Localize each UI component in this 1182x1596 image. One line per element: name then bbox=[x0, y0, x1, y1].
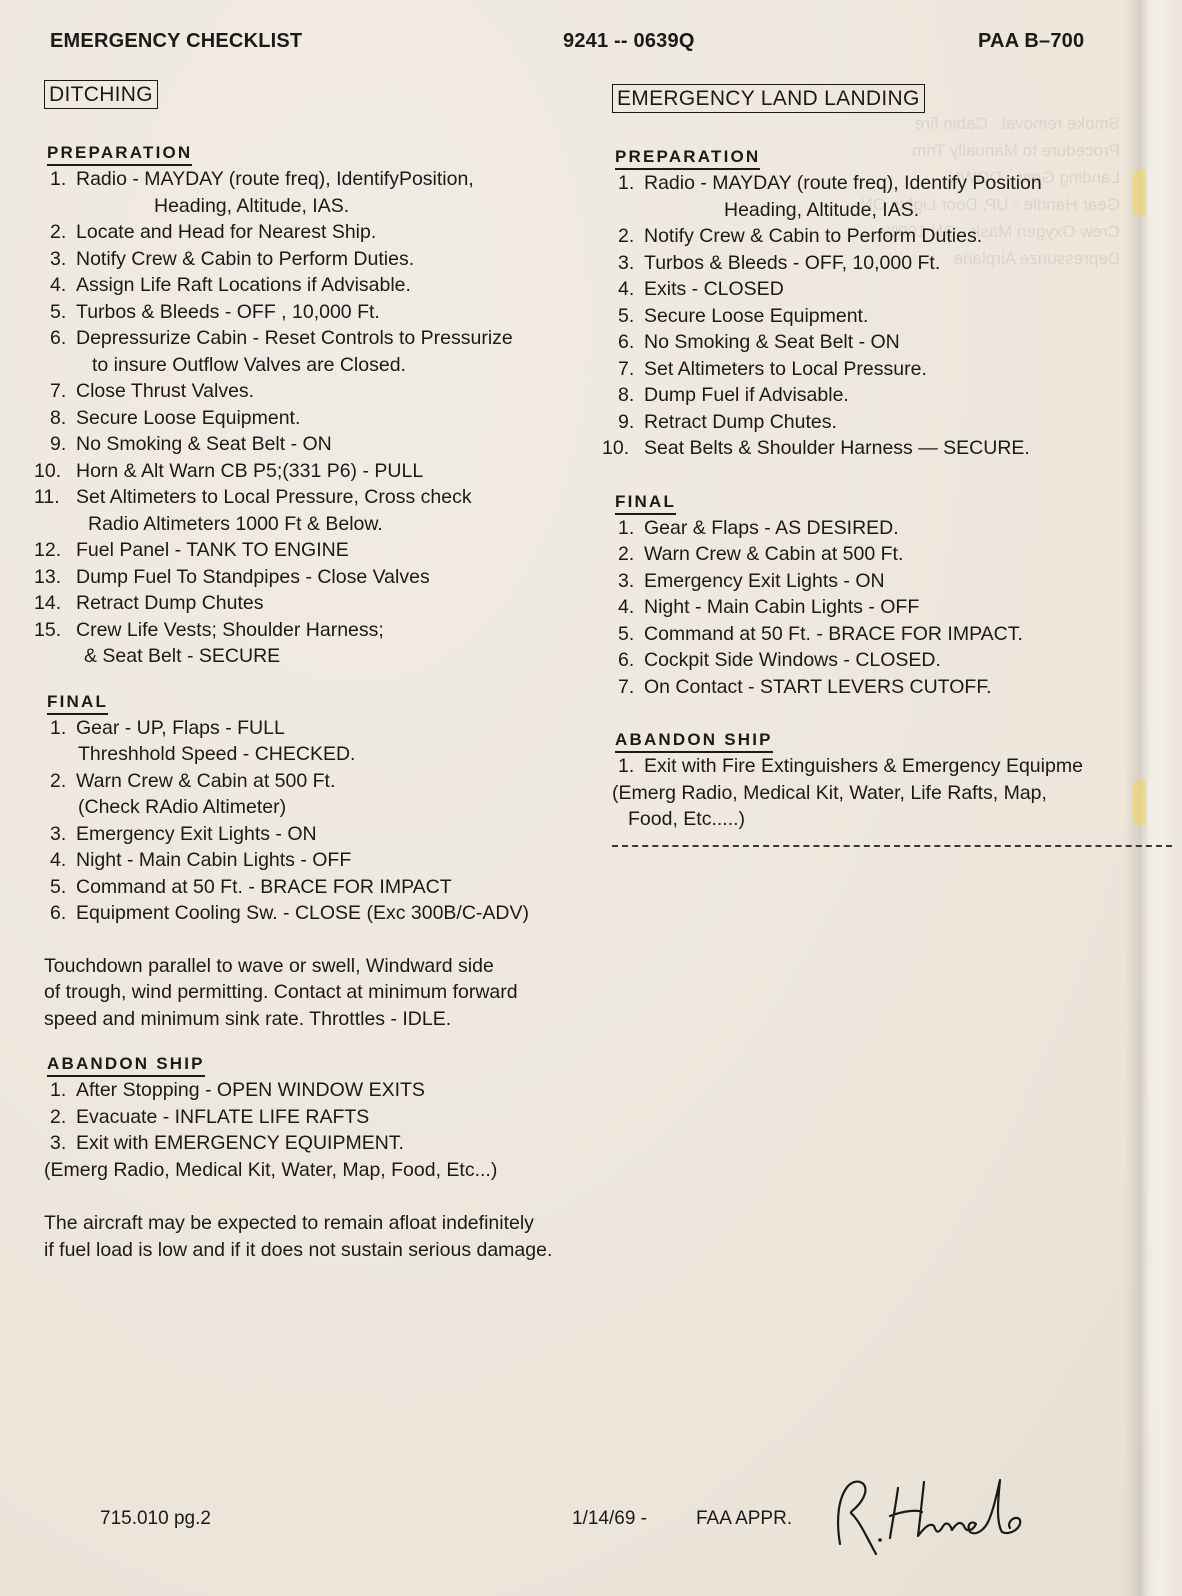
step-text: Warn Crew & Cabin at 500 Ft. bbox=[644, 543, 903, 565]
step-text: Set Altimeters to Local Pressure, Cross … bbox=[76, 486, 472, 508]
step-text: Notify Crew & Cabin to Perform Duties. bbox=[644, 225, 982, 247]
step-text: Exit with Fire Extinguishers & Emergency… bbox=[644, 755, 1083, 777]
step-number: 15. bbox=[34, 617, 74, 644]
checklist-step: 6.Equipment Cooling Sw. - CLOSE (Exc 300… bbox=[44, 900, 624, 927]
step-text: Radio - MAYDAY (route freq), Identify Po… bbox=[644, 172, 1042, 194]
ditching-final-list: 1.Gear - UP, Flaps - FULLThreshhold Spee… bbox=[44, 715, 624, 927]
step-text: Gear - UP, Flaps - FULL bbox=[76, 717, 285, 739]
ditching-preparation-heading: PREPARATION bbox=[47, 143, 192, 166]
checklist-step: 5.Secure Loose Equipment. bbox=[612, 303, 1152, 330]
step-number: 7. bbox=[618, 356, 642, 383]
step-text: Exits - CLOSED bbox=[644, 278, 784, 300]
step-number: 3. bbox=[618, 250, 642, 277]
step-text: Radio - MAYDAY (route freq), IdentifyPos… bbox=[76, 168, 474, 190]
step-number: 1. bbox=[50, 166, 74, 193]
checklist-step: 3.Notify Crew & Cabin to Perform Duties. bbox=[44, 246, 624, 273]
step-number: 2. bbox=[618, 541, 642, 568]
step-number: 1. bbox=[50, 1077, 74, 1104]
step-number: 6. bbox=[618, 329, 642, 356]
approval-date: 1/14/69 - bbox=[572, 1508, 647, 1530]
checklist-step: 5.Turbos & Bleeds - OFF , 10,000 Ft. bbox=[44, 299, 624, 326]
step-number: 5. bbox=[50, 874, 74, 901]
ditching-abandon-ship-list: 1.After Stopping - OPEN WINDOW EXITS2.Ev… bbox=[44, 1077, 624, 1157]
step-number: 2. bbox=[50, 219, 74, 246]
checklist-step: 13.Dump Fuel To Standpipes - Close Valve… bbox=[44, 564, 624, 591]
step-text: Night - Main Cabin Lights - OFF bbox=[644, 596, 919, 618]
step-number: 2. bbox=[618, 223, 642, 250]
checklist-step: 4.Assign Life Raft Locations if Advisabl… bbox=[44, 272, 624, 299]
checklist-step: 3.Emergency Exit Lights - ON bbox=[612, 568, 1152, 595]
checklist-step: 6.Cockpit Side Windows - CLOSED. bbox=[612, 647, 1152, 674]
step-number: 4. bbox=[618, 276, 642, 303]
step-number: 12. bbox=[34, 537, 74, 564]
checklist-step: 3.Turbos & Bleeds - OFF, 10,000 Ft. bbox=[612, 250, 1152, 277]
checklist-step: 6.No Smoking & Seat Belt - ON bbox=[612, 329, 1152, 356]
step-number: 3. bbox=[50, 821, 74, 848]
step-continuation: to insure Outflow Valves are Closed. bbox=[44, 352, 624, 379]
step-text: Retract Dump Chutes bbox=[76, 592, 264, 614]
step-number: 5. bbox=[50, 299, 74, 326]
step-text: Turbos & Bleeds - OFF, 10,000 Ft. bbox=[644, 252, 940, 274]
step-continuation: & Seat Belt - SECURE bbox=[44, 643, 624, 670]
ditching-preparation-list: 1.Radio - MAYDAY (route freq), IdentifyP… bbox=[44, 166, 624, 670]
land-abandon-ship-list: 1.Exit with Fire Extinguishers & Emergen… bbox=[612, 753, 1152, 780]
checklist-step: 2.Notify Crew & Cabin to Perform Duties. bbox=[612, 223, 1152, 250]
step-number: 13. bbox=[34, 564, 74, 591]
step-text: No Smoking & Seat Belt - ON bbox=[76, 433, 332, 455]
checklist-step: 14.Retract Dump Chutes bbox=[44, 590, 624, 617]
faa-approval-label: FAA APPR. bbox=[696, 1508, 792, 1530]
checklist-step: 10.Horn & Alt Warn CB P5;(331 P6) - PULL bbox=[44, 458, 624, 485]
step-number: 7. bbox=[618, 674, 642, 701]
checklist-step: 8.Dump Fuel if Advisable. bbox=[612, 382, 1152, 409]
step-text: Emergency Exit Lights - ON bbox=[76, 823, 317, 845]
step-number: 6. bbox=[50, 900, 74, 927]
step-continuation: Threshhold Speed - CHECKED. bbox=[44, 741, 624, 768]
step-number: 9. bbox=[618, 409, 642, 436]
step-text: Assign Life Raft Locations if Advisable. bbox=[76, 274, 411, 296]
checklist-step: 5.Command at 50 Ft. - BRACE FOR IMPACT. bbox=[612, 621, 1152, 648]
step-number: 2. bbox=[50, 768, 74, 795]
step-text: After Stopping - OPEN WINDOW EXITS bbox=[76, 1079, 425, 1101]
checklist-step: 9.Retract Dump Chutes. bbox=[612, 409, 1152, 436]
step-number: 3. bbox=[618, 568, 642, 595]
step-text: Dump Fuel To Standpipes - Close Valves bbox=[76, 566, 430, 588]
step-number: 2. bbox=[50, 1104, 74, 1131]
step-number: 4. bbox=[50, 272, 74, 299]
checklist-step: 11.Set Altimeters to Local Pressure, Cro… bbox=[44, 484, 624, 537]
checklist-step: 5.Command at 50 Ft. - BRACE FOR IMPACT bbox=[44, 874, 624, 901]
checklist-step: 1.Exit with Fire Extinguishers & Emergen… bbox=[612, 753, 1152, 780]
step-number: 14. bbox=[34, 590, 74, 617]
ditching-abandon-ship-heading: ABANDON SHIP bbox=[47, 1054, 205, 1077]
step-continuation: (Check RAdio Altimeter) bbox=[44, 794, 624, 821]
step-number: 10. bbox=[34, 458, 74, 485]
checklist-step: 3.Exit with EMERGENCY EQUIPMENT. bbox=[44, 1130, 624, 1157]
checklist-step: 2.Warn Crew & Cabin at 500 Ft. bbox=[612, 541, 1152, 568]
step-number: 10. bbox=[602, 435, 642, 462]
checklist-step: 9.No Smoking & Seat Belt - ON bbox=[44, 431, 624, 458]
land-final-heading: FINAL bbox=[615, 492, 676, 515]
touchdown-note: Touchdown parallel to wave or swell, Win… bbox=[44, 953, 624, 1033]
step-text: Fuel Panel - TANK TO ENGINE bbox=[76, 539, 349, 561]
step-text: Dump Fuel if Advisable. bbox=[644, 384, 849, 406]
step-text: Depressurize Cabin - Reset Controls to P… bbox=[76, 327, 513, 349]
checklist-step: 8.Secure Loose Equipment. bbox=[44, 405, 624, 432]
page-code: 715.010 pg.2 bbox=[100, 1508, 211, 1530]
step-text: Cockpit Side Windows - CLOSED. bbox=[644, 649, 941, 671]
step-continuation: Radio Altimeters 1000 Ft & Below. bbox=[44, 511, 624, 538]
step-number: 1. bbox=[618, 753, 642, 780]
land-equipment-note: (Emerg Radio, Medical Kit, Water, Life R… bbox=[612, 780, 1152, 807]
step-text: Set Altimeters to Local Pressure. bbox=[644, 358, 927, 380]
document-number: 9241 -- 0639Q bbox=[563, 30, 695, 53]
checklist-step: 4.Exits - CLOSED bbox=[612, 276, 1152, 303]
section-divider bbox=[612, 845, 1172, 847]
checklist-step: 2.Locate and Head for Nearest Ship. bbox=[44, 219, 624, 246]
step-number: 8. bbox=[50, 405, 74, 432]
step-number: 1. bbox=[618, 170, 642, 197]
aircraft-designation: PAA B–700 bbox=[978, 30, 1084, 53]
step-text: On Contact - START LEVERS CUTOFF. bbox=[644, 676, 992, 698]
step-text: Retract Dump Chutes. bbox=[644, 411, 837, 433]
step-continuation: Heading, Altitude, IAS. bbox=[44, 193, 624, 220]
step-number: 3. bbox=[50, 1130, 74, 1157]
checklist-step: 10.Seat Belts & Shoulder Harness — SECUR… bbox=[612, 435, 1152, 462]
step-number: 11. bbox=[34, 484, 74, 511]
step-text: Command at 50 Ft. - BRACE FOR IMPACT. bbox=[644, 623, 1023, 645]
checklist-step: 1.Gear & Flaps - AS DESIRED. bbox=[612, 515, 1152, 542]
step-text: Command at 50 Ft. - BRACE FOR IMPACT bbox=[76, 876, 452, 898]
step-number: 9. bbox=[50, 431, 74, 458]
step-text: Night - Main Cabin Lights - OFF bbox=[76, 849, 351, 871]
checklist-step: 12.Fuel Panel - TANK TO ENGINE bbox=[44, 537, 624, 564]
land-abandon-ship-heading: ABANDON SHIP bbox=[615, 730, 773, 753]
checklist-step: 15.Crew Life Vests; Shoulder Harness;& S… bbox=[44, 617, 624, 670]
signature: R. Hirsch bbox=[826, 1470, 1046, 1560]
checklist-step: 2.Evacuate - INFLATE LIFE RAFTS bbox=[44, 1104, 624, 1131]
checklist-step: 3.Emergency Exit Lights - ON bbox=[44, 821, 624, 848]
land-equipment-note-cont: Food, Etc.....) bbox=[612, 806, 1152, 833]
step-number: 8. bbox=[618, 382, 642, 409]
checklist-step: 4.Night - Main Cabin Lights - OFF bbox=[44, 847, 624, 874]
step-text: Crew Life Vests; Shoulder Harness; bbox=[76, 619, 384, 641]
checklist-step: 7.On Contact - START LEVERS CUTOFF. bbox=[612, 674, 1152, 701]
step-text: No Smoking & Seat Belt - ON bbox=[644, 331, 900, 353]
land-landing-title: EMERGENCY LAND LANDING bbox=[612, 84, 925, 113]
step-number: 6. bbox=[618, 647, 642, 674]
step-text: Notify Crew & Cabin to Perform Duties. bbox=[76, 248, 414, 270]
checklist-step: 1.Radio - MAYDAY (route freq), Identify … bbox=[612, 170, 1152, 223]
land-preparation-heading: PREPARATION bbox=[615, 147, 760, 170]
checklist-step: 2.Warn Crew & Cabin at 500 Ft.(Check RAd… bbox=[44, 768, 624, 821]
checklist-page: Smoke removal Cabin fire Procedure to Ma… bbox=[0, 0, 1182, 1596]
afloat-note: The aircraft may be expected to remain a… bbox=[44, 1210, 624, 1263]
step-text: Emergency Exit Lights - ON bbox=[644, 570, 885, 592]
checklist-step: 1.Radio - MAYDAY (route freq), IdentifyP… bbox=[44, 166, 624, 219]
checklist-title: EMERGENCY CHECKLIST bbox=[50, 30, 302, 53]
checklist-step: 7.Close Thrust Valves. bbox=[44, 378, 624, 405]
step-number: 5. bbox=[618, 303, 642, 330]
step-text: Turbos & Bleeds - OFF , 10,000 Ft. bbox=[76, 301, 380, 323]
step-number: 5. bbox=[618, 621, 642, 648]
ditching-title: DITCHING bbox=[44, 80, 158, 109]
step-text: Gear & Flaps - AS DESIRED. bbox=[644, 517, 899, 539]
step-text: Exit with EMERGENCY EQUIPMENT. bbox=[76, 1132, 404, 1154]
checklist-step: 6.Depressurize Cabin - Reset Controls to… bbox=[44, 325, 624, 378]
checklist-step: 1.Gear - UP, Flaps - FULLThreshhold Spee… bbox=[44, 715, 624, 768]
step-text: Seat Belts & Shoulder Harness — SECURE. bbox=[644, 437, 1030, 459]
step-text: Secure Loose Equipment. bbox=[644, 305, 868, 327]
step-text: Horn & Alt Warn CB P5;(331 P6) - PULL bbox=[76, 460, 423, 482]
step-number: 1. bbox=[50, 715, 74, 742]
ditching-equipment-note: (Emerg Radio, Medical Kit, Water, Map, F… bbox=[44, 1157, 624, 1184]
step-text: Equipment Cooling Sw. - CLOSE (Exc 300B/… bbox=[76, 902, 529, 924]
step-number: 7. bbox=[50, 378, 74, 405]
step-text: Warn Crew & Cabin at 500 Ft. bbox=[76, 770, 335, 792]
checklist-step: 4.Night - Main Cabin Lights - OFF bbox=[612, 594, 1152, 621]
step-continuation: Heading, Altitude, IAS. bbox=[612, 197, 1152, 224]
ditching-column: DITCHING PREPARATION 1.Radio - MAYDAY (r… bbox=[44, 80, 624, 1263]
land-landing-column: EMERGENCY LAND LANDING PREPARATION 1.Rad… bbox=[612, 84, 1152, 847]
step-text: Evacuate - INFLATE LIFE RAFTS bbox=[76, 1106, 369, 1128]
ditching-final-heading: FINAL bbox=[47, 692, 108, 715]
land-final-list: 1.Gear & Flaps - AS DESIRED.2.Warn Crew … bbox=[612, 515, 1152, 701]
step-number: 1. bbox=[618, 515, 642, 542]
step-text: Secure Loose Equipment. bbox=[76, 407, 300, 429]
checklist-step: 7.Set Altimeters to Local Pressure. bbox=[612, 356, 1152, 383]
step-number: 4. bbox=[618, 594, 642, 621]
land-preparation-list: 1.Radio - MAYDAY (route freq), Identify … bbox=[612, 170, 1152, 462]
checklist-step: 1.After Stopping - OPEN WINDOW EXITS bbox=[44, 1077, 624, 1104]
step-text: Close Thrust Valves. bbox=[76, 380, 254, 402]
step-text: Locate and Head for Nearest Ship. bbox=[76, 221, 376, 243]
step-number: 6. bbox=[50, 325, 74, 352]
step-number: 3. bbox=[50, 246, 74, 273]
step-number: 4. bbox=[50, 847, 74, 874]
